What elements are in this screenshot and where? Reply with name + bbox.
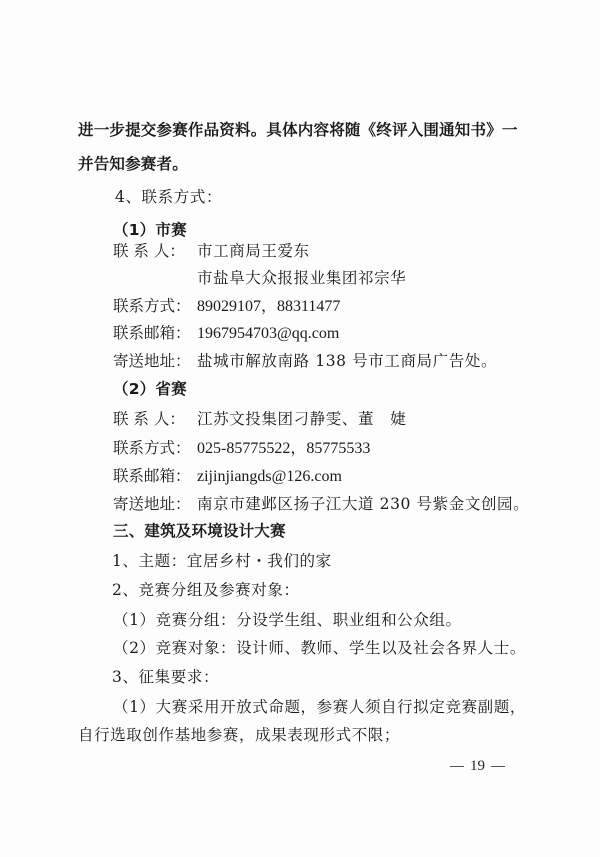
contact-person-value: 江苏文投集团刁静雯、董 婕 xyxy=(197,409,406,429)
requirements-heading: 3、征集要求： xyxy=(112,667,219,687)
phone-value: 025-85775522，85775533 xyxy=(197,439,370,459)
email-label: 联系邮箱： xyxy=(113,466,197,486)
province-email-row: 联系邮箱：zijinjiangds@126.com xyxy=(113,466,342,487)
contact-person-label: 联 系 人： xyxy=(113,241,197,261)
city-phone-row: 联系方式：89029107，88311477 xyxy=(113,296,340,317)
address-label: 寄送地址： xyxy=(113,351,197,371)
phone-value: 89029107，88311477 xyxy=(197,297,340,317)
phone-label: 联系方式： xyxy=(113,296,197,316)
contact-heading: 4、联系方式： xyxy=(115,187,222,207)
province-address-row: 寄送地址：南京市建邺区扬子江大道 230 号紫金文创园。 xyxy=(113,494,529,514)
requirement-line: （1）大赛采用开放式命题，参赛人须自行拟定竞赛副题， xyxy=(113,697,526,717)
city-email-row: 联系邮箱：1967954703@qq.com xyxy=(113,323,339,344)
address-value: 盐城市解放南路 138 号市工商局广告处。 xyxy=(197,351,497,371)
contact-person-label: 联 系 人： xyxy=(113,409,197,429)
paragraph-line: 进一步提交参赛作品资料。具体内容将随《终评入围通知书》一 xyxy=(78,120,518,140)
address-label: 寄送地址： xyxy=(113,494,197,514)
page-number: 19 xyxy=(450,758,505,775)
email-value: zijinjiangds@126.com xyxy=(197,467,342,487)
dash-decoration xyxy=(450,766,464,767)
province-contact-person-row: 联 系 人：江苏文投集团刁静雯、董 婕 xyxy=(113,409,406,429)
requirement-line: 自行选取创作基地参赛，成果表现形式不限； xyxy=(78,725,400,745)
city-address-row: 寄送地址：盐城市解放南路 138 号市工商局广告处。 xyxy=(113,351,497,371)
section-heading: 三、建筑及环境设计大赛 xyxy=(113,521,286,541)
page-number-value: 19 xyxy=(470,758,485,775)
city-contact-person-2: 市盐阜大众报报业集团祁宗华 xyxy=(197,268,406,288)
groups-heading: 2、竞赛分组及参赛对象： xyxy=(112,580,300,600)
email-label: 联系邮箱： xyxy=(113,323,197,343)
contact-person-value: 市工商局王爱东 xyxy=(197,241,310,261)
email-value: 1967954703@qq.com xyxy=(197,324,339,344)
paragraph-line: 并告知参赛者。 xyxy=(78,154,188,174)
participants-line: （2）竞赛对象：设计师、教师、学生以及社会各界人士。 xyxy=(113,638,526,658)
province-contest-heading: （2）省赛 xyxy=(113,379,187,399)
dash-decoration xyxy=(491,766,505,767)
province-phone-row: 联系方式：025-85775522，85775533 xyxy=(113,438,370,459)
document-page: 进一步提交参赛作品资料。具体内容将随《终评入围通知书》一 并告知参赛者。 4、联… xyxy=(0,0,600,857)
city-contest-heading: （1）市赛 xyxy=(113,220,187,240)
address-value: 南京市建邺区扬子江大道 230 号紫金文创园。 xyxy=(197,494,529,514)
phone-label: 联系方式： xyxy=(113,438,197,458)
theme-line: 1、主题：宜居乡村・我们的家 xyxy=(112,551,332,571)
city-contact-person-row: 联 系 人：市工商局王爱东 xyxy=(113,241,310,261)
groups-line: （1）竞赛分组：分设学生组、职业组和公众组。 xyxy=(113,610,462,630)
